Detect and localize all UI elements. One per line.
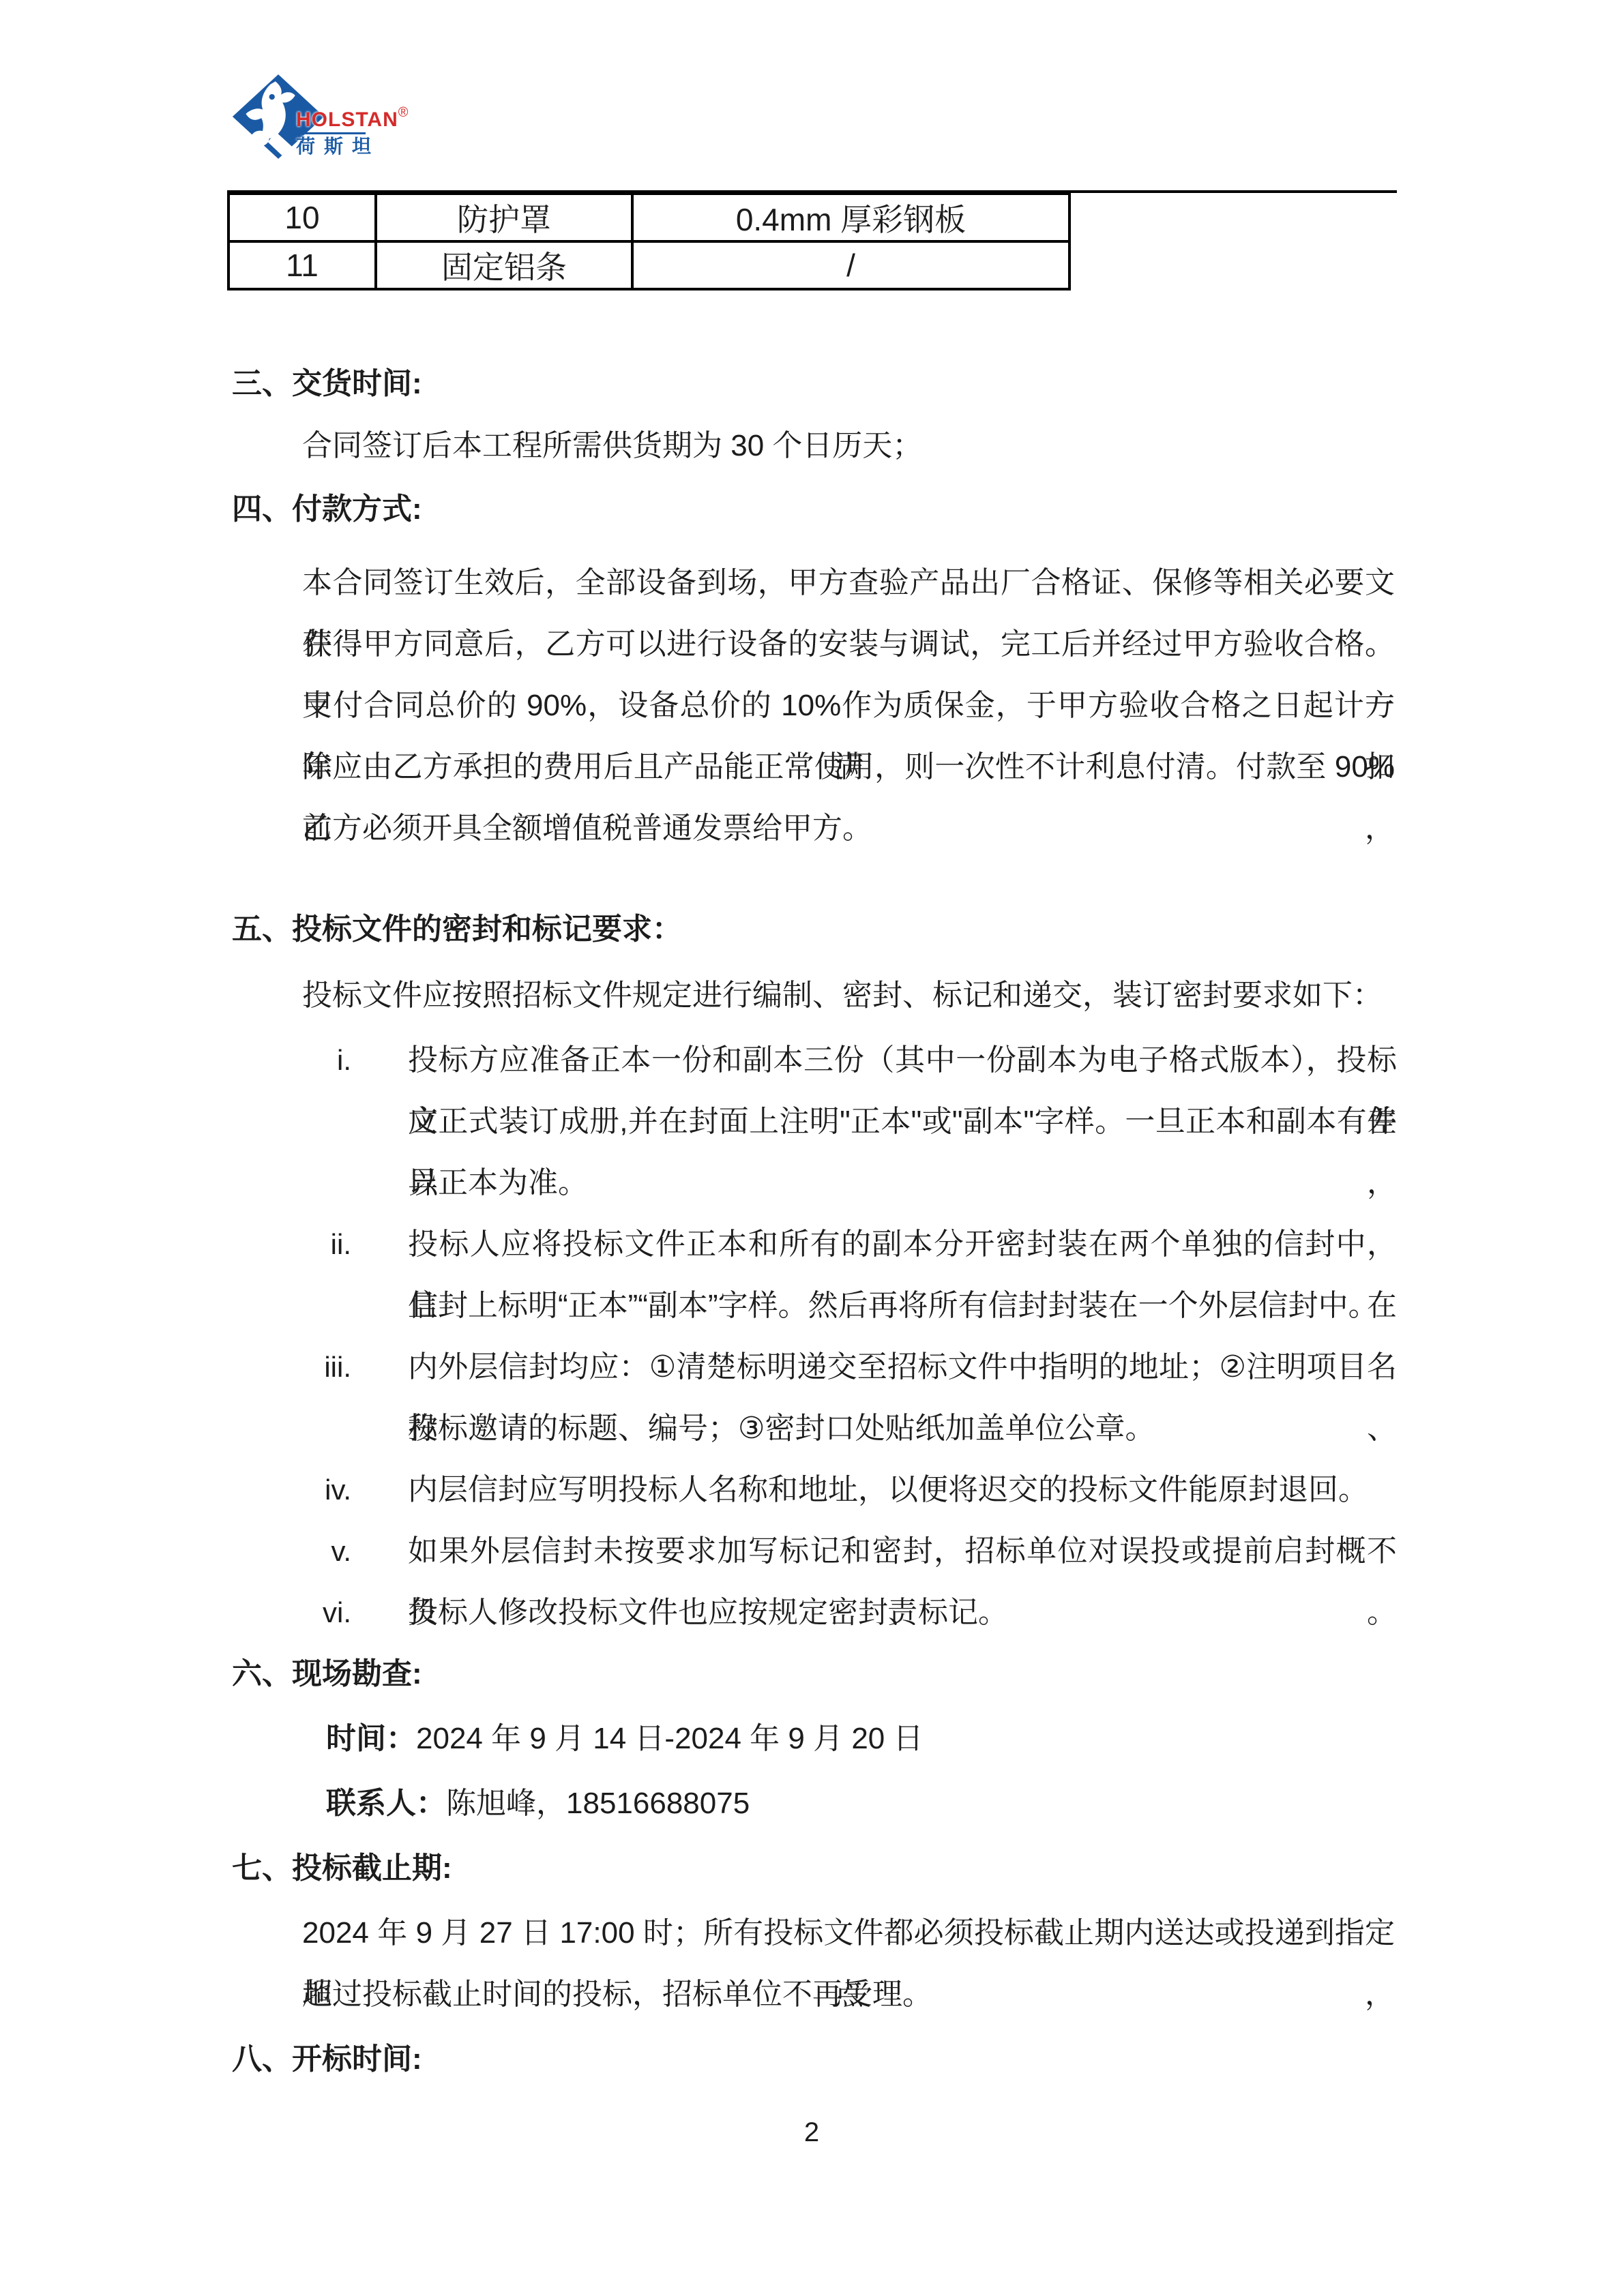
cell-spec: /	[632, 241, 1069, 289]
section-7-line: 2024 年 9 月 27 日 17:00 时；所有投标文件都必须投标截止期内送…	[302, 1903, 1395, 1964]
logo-underline	[296, 132, 366, 134]
list-item-line: 以正本为准。	[408, 1152, 588, 1214]
section-7-heading: 七、投标截止期:	[232, 1838, 452, 1899]
section-5-intro: 投标文件应按照招标文件规定进行编制、密封、标记和递交，装订密封要求如下：	[302, 965, 1383, 1026]
brand-name-en: HOLSTAN	[296, 108, 398, 131]
cell-name: 防护罩	[376, 193, 632, 242]
contact-label: 联系人：	[326, 1787, 446, 1820]
list-item-line: 投标方应准备正本一份和副本三份（其中一份副本为电子格式版本），投标文件	[408, 1030, 1397, 1091]
table-top-border-extension	[1071, 190, 1397, 193]
section-5-heading: 五、投标文件的密封和标记要求：	[232, 899, 682, 960]
site-survey-time: 时间：2024 年 9 月 14 日-2024 年 9 月 20 日	[326, 1708, 924, 1770]
contact-value: 陈旭峰，18516688075	[446, 1787, 750, 1820]
cell-no: 11	[228, 241, 376, 289]
brand-name-zh: 荷斯坦	[296, 137, 409, 156]
list-numeral: v.	[259, 1521, 351, 1582]
spec-table: 10 防护罩 0.4mm 厚彩钢板 11 固定铝条 /	[227, 190, 1071, 290]
section-4-line: 获得甲方同意后，乙方可以进行设备的安装与调试，完工后并经过甲方验收合格。甲方	[302, 614, 1395, 675]
list-item-line: 投标人修改投标文件也应按规定密封、标记。	[408, 1582, 1008, 1643]
section-4-line: 本合同签订生效后，全部设备到场，甲方查验产品出厂合格证、保修等相关必要文件。	[302, 552, 1395, 614]
cell-no: 10	[228, 193, 376, 242]
list-item-line: 投标人应将投标文件正本和所有的副本分开密封装在两个单独的信封中，且在	[408, 1214, 1397, 1275]
list-item-line: 如果外层信封未按要求加写标记和密封，招标单位对误投或提前启封概不负责。	[408, 1521, 1397, 1582]
section-4-heading: 四、付款方式:	[232, 479, 422, 540]
section-3-line: 合同签订后本工程所需供货期为 30 个日历天；	[302, 415, 922, 477]
document-page: HOLSTAN® 荷斯坦 10 防护罩 0.4mm 厚彩钢板 11 固定铝条 /…	[0, 0, 1624, 2296]
cell-spec: 0.4mm 厚彩钢板	[632, 193, 1069, 242]
list-item-line: 内层信封应写明投标人名称和地址，以便将迟交的投标文件能原封退回。	[408, 1459, 1368, 1521]
list-numeral: vi.	[259, 1582, 351, 1643]
time-value: 2024 年 9 月 14 日-2024 年 9 月 20 日	[416, 1722, 924, 1755]
section-6-heading: 六、现场勘查:	[232, 1643, 422, 1705]
section-8-heading: 八、开标时间:	[232, 2029, 422, 2090]
list-item-line: 内外层信封均应：①清楚标明递交至招标文件中指明的地址；②注明项目名称、	[408, 1337, 1397, 1398]
list-item-line: 投标邀请的标题、编号；③密封口处贴纸加盖单位公章。	[408, 1398, 1155, 1459]
section-4-line: 乙方必须开具全额增值税普通发票给甲方。	[302, 798, 872, 859]
page-number: 2	[778, 2117, 846, 2148]
list-item-line: 应正式装订成册,并在封面上注明"正本"或"副本"字样。一旦正本和副本有差异，	[408, 1091, 1397, 1152]
section-4-line: 除应由乙方承担的费用后且产品能正常使用，则一次性不计利息付清。付款至 90%前，	[302, 736, 1395, 798]
section-7-line: 超过投标截止时间的投标，招标单位不再受理。	[302, 1964, 932, 2025]
section-4-line: 支付合同总价的 90%，设备总价的 10%作为质保金，于甲方验收合格之日起计一年…	[302, 675, 1395, 736]
site-survey-contact: 联系人：陈旭峰，18516688075	[326, 1773, 750, 1834]
table-row: 11 固定铝条 /	[228, 241, 1069, 289]
company-logo: HOLSTAN® 荷斯坦	[231, 70, 387, 162]
logo-text: HOLSTAN® 荷斯坦	[296, 106, 409, 156]
list-numeral: iv.	[259, 1459, 351, 1521]
list-numeral: ii.	[259, 1214, 351, 1275]
time-label: 时间：	[326, 1722, 416, 1755]
table-row: 10 防护罩 0.4mm 厚彩钢板	[228, 193, 1069, 242]
registered-trademark-icon: ®	[398, 105, 409, 120]
list-numeral: i.	[259, 1030, 351, 1091]
section-3-heading: 三、交货时间:	[232, 353, 422, 415]
list-numeral: iii.	[259, 1337, 351, 1398]
cell-name: 固定铝条	[376, 241, 632, 289]
list-item-line: 信封上标明“正本”“副本”字样。然后再将所有信封封装在一个外层信封中。	[408, 1275, 1378, 1337]
